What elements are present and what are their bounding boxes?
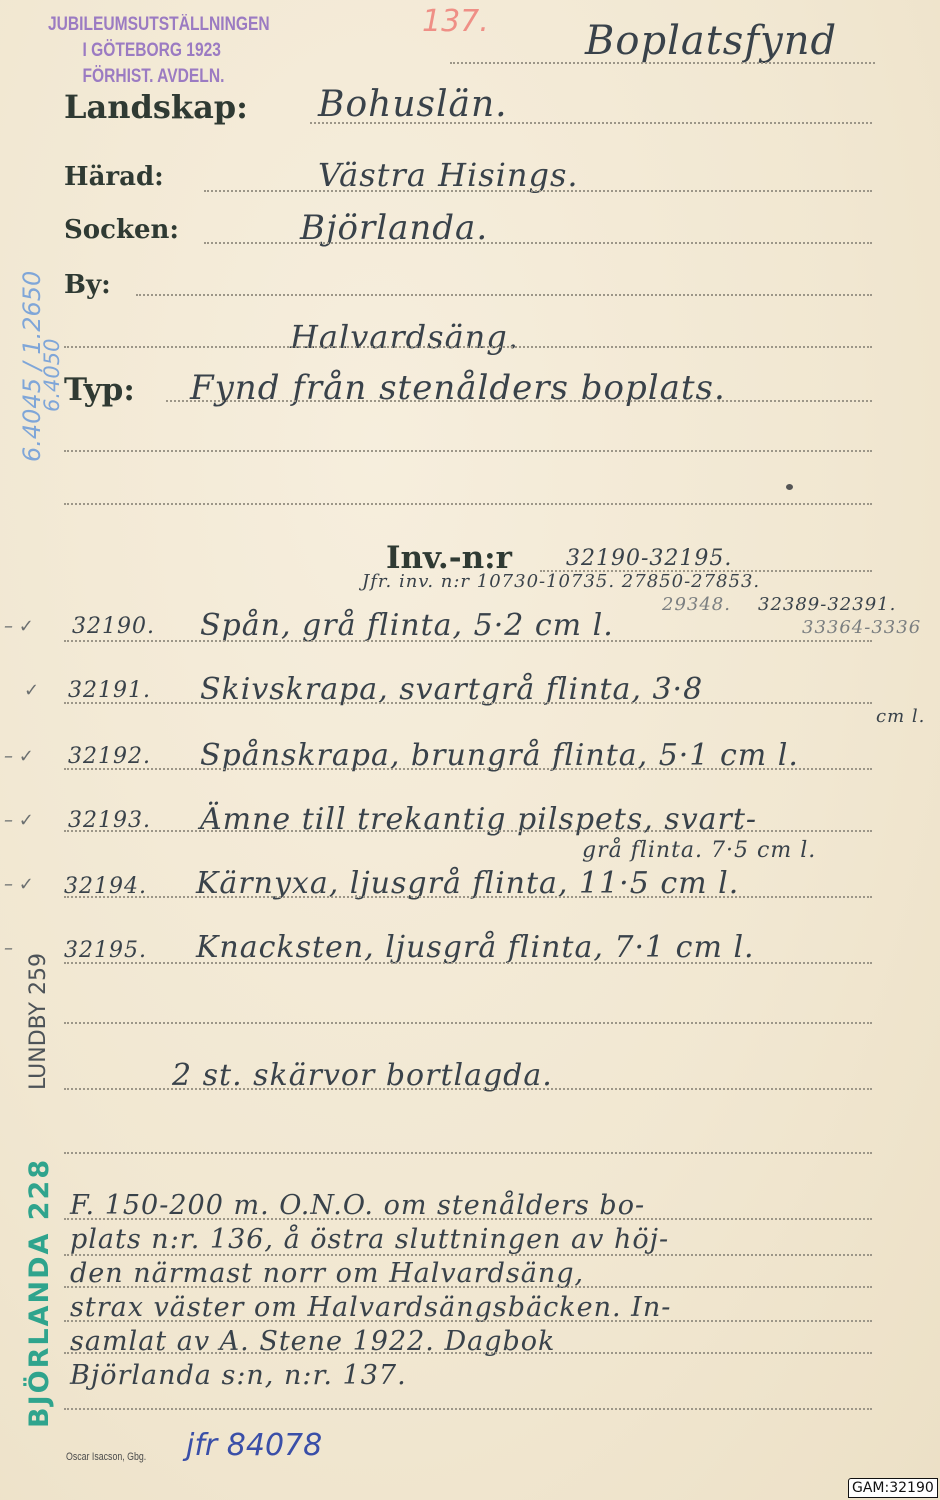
label-harad: Härad:	[64, 162, 164, 192]
cross-reference-2a: 29348.	[662, 594, 731, 615]
dotted-line	[204, 242, 872, 244]
dotted-line	[64, 1320, 872, 1322]
check-mark: – ✓	[4, 746, 34, 767]
item-number: 32195.	[64, 938, 147, 963]
dotted-line	[64, 450, 872, 452]
item-description: Knacksten, ljusgrå flinta, 7·1 cm l.	[196, 930, 755, 965]
check-mark: –	[4, 938, 13, 959]
dotted-line	[136, 294, 872, 296]
coordinates-note-2: 6.4050	[40, 339, 64, 412]
item-number: 32192.	[68, 744, 151, 769]
exhibition-stamp: JUBILEUMSUTSTÄLLNINGEN I GÖTEBORG 1923 F…	[48, 12, 270, 90]
lundby-note: LUNDBY 259	[26, 953, 51, 1090]
label-socken: Socken:	[64, 215, 179, 245]
dotted-line	[64, 768, 872, 770]
check-mark: ✓	[24, 680, 39, 701]
dotted-line	[64, 1352, 872, 1354]
check-mark: – ✓	[4, 616, 34, 637]
cross-reference-3: 33364-3336	[802, 617, 921, 638]
stamp-line-3: FÖRHIST. AVDELN.	[48, 64, 270, 90]
dotted-line	[64, 702, 872, 704]
ink-spot	[786, 484, 793, 490]
value-landskap: Bohuslän.	[318, 84, 508, 125]
item-description-cont: cm l.	[876, 706, 925, 727]
dotted-line	[64, 1286, 872, 1288]
label-typ: Typ:	[64, 372, 135, 408]
dotted-line	[64, 1254, 872, 1256]
check-mark: – ✓	[4, 874, 34, 895]
inventory-range: 32190-32195.	[566, 546, 732, 571]
value-place: Halvardsäng.	[290, 318, 519, 356]
reference-note: jfr 84078	[186, 1428, 322, 1463]
dotted-line	[64, 896, 872, 898]
dotted-line	[64, 1408, 872, 1410]
description-line: den närmast norr om Halvardsäng,	[70, 1258, 584, 1289]
card-number: 137.	[422, 4, 489, 39]
dotted-line	[166, 400, 872, 402]
stamp-line-2: I GÖTEBORG 1923	[48, 38, 270, 64]
item-number: 32190.	[72, 614, 155, 639]
dotted-line	[64, 503, 872, 505]
check-mark: – ✓	[4, 810, 34, 831]
description-line: F. 150-200 m. O.N.O. om stenålders bo-	[70, 1190, 645, 1221]
dotted-line	[64, 346, 872, 348]
dotted-line	[64, 962, 872, 964]
dotted-line	[310, 122, 872, 124]
id-tag: GAM:32190	[848, 1478, 938, 1498]
label-by: By:	[64, 270, 111, 300]
item-number: 32191.	[68, 678, 151, 703]
dotted-line	[204, 190, 872, 192]
description-line: strax väster om Halvardsängsbäcken. In-	[70, 1292, 671, 1323]
label-landskap: Landskap:	[64, 88, 248, 126]
value-harad: Västra Hisings.	[318, 156, 579, 194]
description-line: plats n:r. 136, å östra sluttningen av h…	[70, 1224, 669, 1255]
cross-reference-1: Jfr. inv. n:r 10730-10735. 27850-27853.	[362, 571, 760, 592]
dotted-line	[64, 830, 872, 832]
dotted-line	[64, 1152, 872, 1154]
cross-reference-2b: 32389-32391.	[758, 594, 896, 615]
dotted-line	[64, 1218, 872, 1220]
description-line: Björlanda s:n, n:r. 137.	[70, 1360, 407, 1391]
item-description-cont: grå flinta. 7·5 cm l.	[582, 838, 816, 863]
dotted-line	[64, 640, 872, 642]
dotted-line	[64, 1022, 872, 1024]
stamp-line-1: JUBILEUMSUTSTÄLLNINGEN	[48, 12, 270, 38]
printer-imprint: Oscar Isacson, Gbg.	[66, 1451, 146, 1463]
dotted-line	[64, 1088, 872, 1090]
category-title: Boplatsfynd	[585, 18, 837, 64]
value-typ: Fynd från stenålders boplats.	[190, 368, 726, 408]
item-description: Spån, grå flinta, 5·2 cm l.	[200, 608, 614, 643]
bjorlanda-stamp: BJÖRLANDA 228	[24, 1158, 55, 1428]
dotted-line	[450, 62, 875, 64]
